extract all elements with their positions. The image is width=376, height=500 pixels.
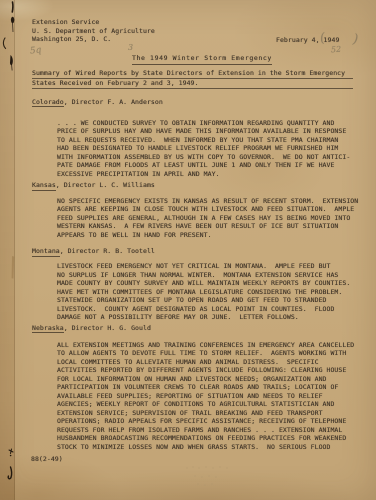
- pencil-annotation-below-date: 52: [331, 45, 342, 55]
- pencil-annotation-left: 5q: [30, 45, 42, 56]
- director-name: , Director L. C. Williams: [56, 181, 155, 189]
- section-montana: Montana, Director R. B. Tootell LIVESTOC…: [32, 247, 362, 322]
- state-name: Kansas: [32, 181, 56, 191]
- page-fold-edge: [0, 0, 15, 500]
- subject-block: Summary of Wired Reports by State Direct…: [32, 69, 353, 89]
- date-line: February 4, 1949: [276, 36, 339, 44]
- form-number: 88(2-49): [31, 455, 63, 463]
- state-name: Montana: [32, 247, 60, 257]
- section-body: LIVESTOCK FEED EMERGENCY NOT YET CRITICA…: [57, 262, 362, 322]
- document-title: The 1949 Winter Storm Emergency: [132, 54, 272, 65]
- section-nebraska: Nebraska, Director H. G. Gould ALL EXTEN…: [32, 324, 362, 452]
- section-heading: Kansas, Director L. C. Williams: [32, 181, 362, 190]
- pencil-paren-left: (: [319, 31, 326, 47]
- section-heading: Colorado, Director F. A. Anderson: [32, 98, 362, 107]
- subject-line-2: States Received on February 2 and 3, 194…: [32, 79, 353, 89]
- section-heading: Montana, Director R. B. Tootell: [32, 247, 362, 256]
- section-kansas: Kansas, Director L. C. Williams NO SPECI…: [32, 181, 362, 239]
- scratch-mark-left: [6, 255, 18, 281]
- faint-perforated-stamp: [183, 462, 241, 492]
- subject-line-1: Summary of Wired Reports by State Direct…: [32, 69, 353, 79]
- pencil-annotation-above-title: 3: [128, 43, 133, 52]
- document-page: Extension Service U. S. Department of Ag…: [0, 0, 376, 500]
- director-name: , Director H. G. Gould: [64, 324, 151, 332]
- director-name: , Director F. A. Anderson: [64, 98, 163, 106]
- section-colorado: Colorado, Director F. A. Anderson . . . …: [32, 98, 362, 179]
- letterhead-address: Extension Service U. S. Department of Ag…: [32, 18, 155, 44]
- section-body: . . . WE CONDUCTED SURVEY TO OBTAIN INFO…: [57, 119, 362, 179]
- ink-mark-top-left: [0, 0, 18, 75]
- section-heading: Nebraska, Director H. G. Gould: [32, 324, 362, 333]
- state-name: Nebraska: [32, 324, 64, 334]
- ink-mark-bottom-left: [2, 445, 18, 485]
- state-name: Colorado: [32, 98, 64, 108]
- pencil-paren-right: ): [352, 32, 359, 47]
- director-name: , Director R. B. Tootell: [60, 247, 155, 255]
- section-body: ALL EXTENSION MEETINGS AND TRAINING CONF…: [57, 341, 362, 452]
- section-body: NO SPECIFIC EMERGENCY EXISTS IN KANSAS A…: [57, 197, 362, 240]
